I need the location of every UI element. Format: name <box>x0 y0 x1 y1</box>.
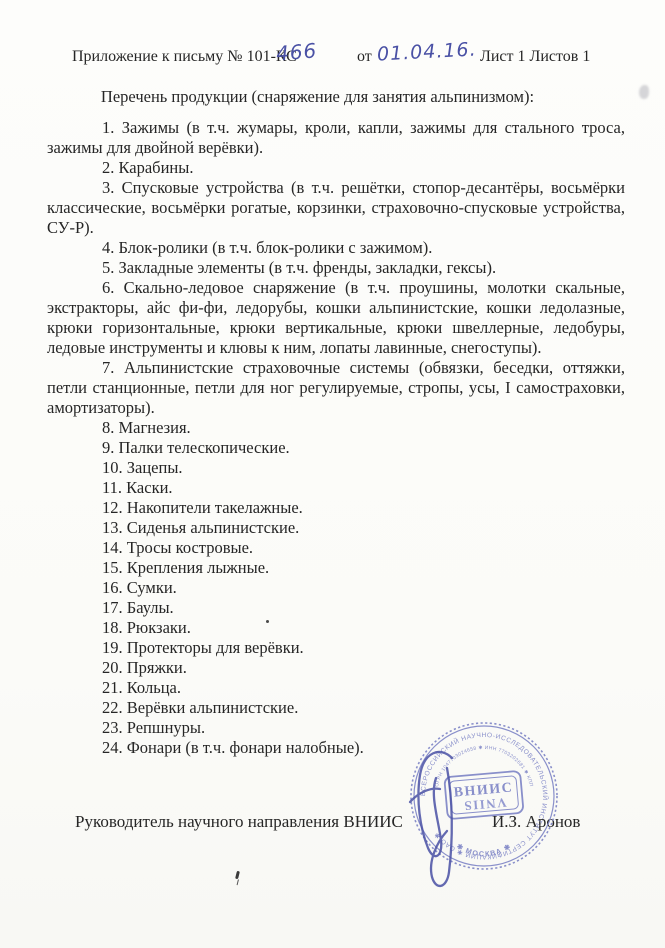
list-item: 20. Пряжки. <box>47 658 625 678</box>
list-item: 14. Тросы костровые. <box>47 538 625 558</box>
list-item: 15. Крепления лыжные. <box>47 558 625 578</box>
scan-speck <box>235 871 240 879</box>
list-item: 2. Карабины. <box>47 158 625 178</box>
handwritten-signature <box>393 733 478 893</box>
document-header: Приложение к письму № 101-КС 466 от 01.0… <box>0 46 665 72</box>
list-item: 13. Сиденья альпинистские. <box>47 518 625 538</box>
list-item: 17. Баулы. <box>47 598 625 618</box>
page-title: Перечень продукции (снаряжение для занят… <box>0 87 635 107</box>
list-item: 18. Рюкзаки. <box>47 618 625 638</box>
scan-smudge <box>639 85 649 99</box>
list-item: 12. Накопители такелажные. <box>47 498 625 518</box>
list-item: 9. Палки телескопические. <box>47 438 625 458</box>
list-item: 10. Зацепы. <box>47 458 625 478</box>
signer-role-label: Руководитель научного направления ВНИИС <box>75 812 403 832</box>
list-item: 4. Блок-ролики (в т.ч. блок-ролики с заж… <box>47 238 625 258</box>
sheet-count-label: Лист 1 Листов 1 <box>480 48 590 66</box>
list-item: 11. Каски. <box>47 478 625 498</box>
scan-speck <box>266 620 269 623</box>
list-item: 21. Кольца. <box>47 678 625 698</box>
handwritten-date: 01.04.16. <box>376 38 477 65</box>
list-item: 8. Магнезия. <box>47 418 625 438</box>
list-item: 7. Альпинистские страховочные системы (о… <box>47 358 625 418</box>
date-preposition-label: от <box>357 48 372 66</box>
list-item: 19. Протекторы для верёвки. <box>47 638 625 658</box>
list-item: 5. Закладные элементы (в т.ч. френды, за… <box>47 258 625 278</box>
list-item: 3. Спусковые устройства (в т.ч. решётки,… <box>47 178 625 238</box>
handwritten-letter-number: 466 <box>275 38 318 65</box>
product-list: 1. Зажимы (в т.ч. жумары, кроли, капли, … <box>47 118 625 758</box>
list-item: 16. Сумки. <box>47 578 625 598</box>
list-item: 1. Зажимы (в т.ч. жумары, кроли, капли, … <box>47 118 625 158</box>
letter-reference-label: Приложение к письму № 101-КС <box>72 48 297 66</box>
list-item: 6. Скально-ледовое снаряжение (в т.ч. пр… <box>47 278 625 358</box>
document-page: Приложение к письму № 101-КС 466 от 01.0… <box>0 0 665 948</box>
